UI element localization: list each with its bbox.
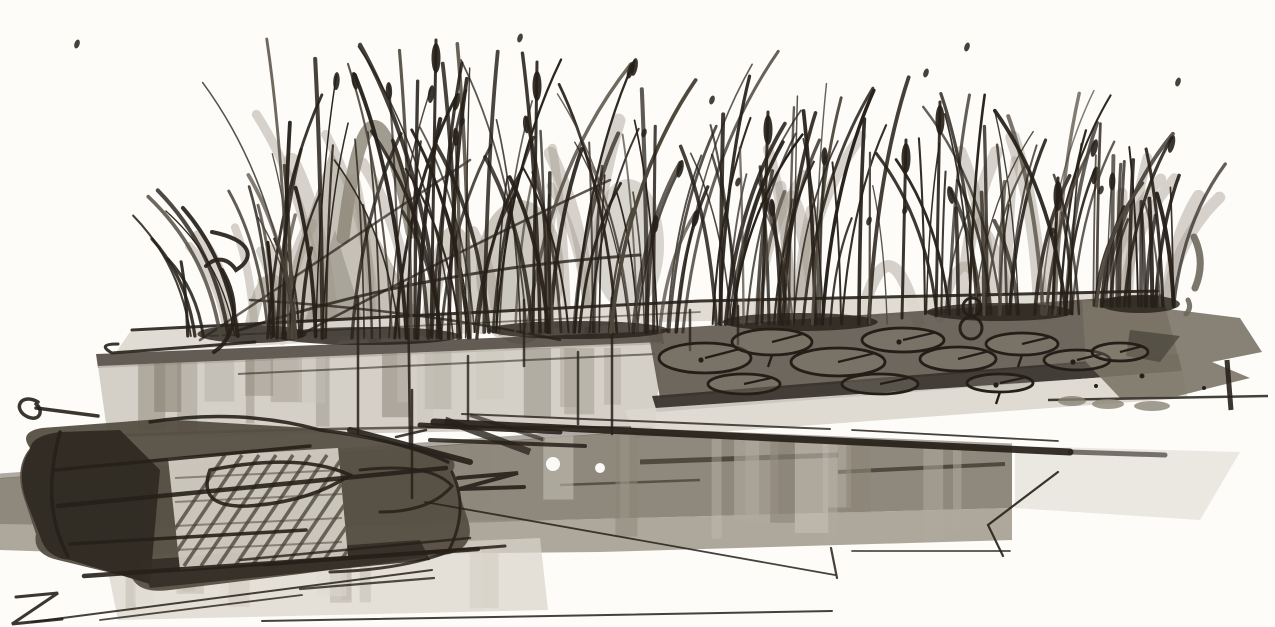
pond-sketch-image: [0, 0, 1275, 627]
sketch-canvas: [0, 0, 1275, 627]
